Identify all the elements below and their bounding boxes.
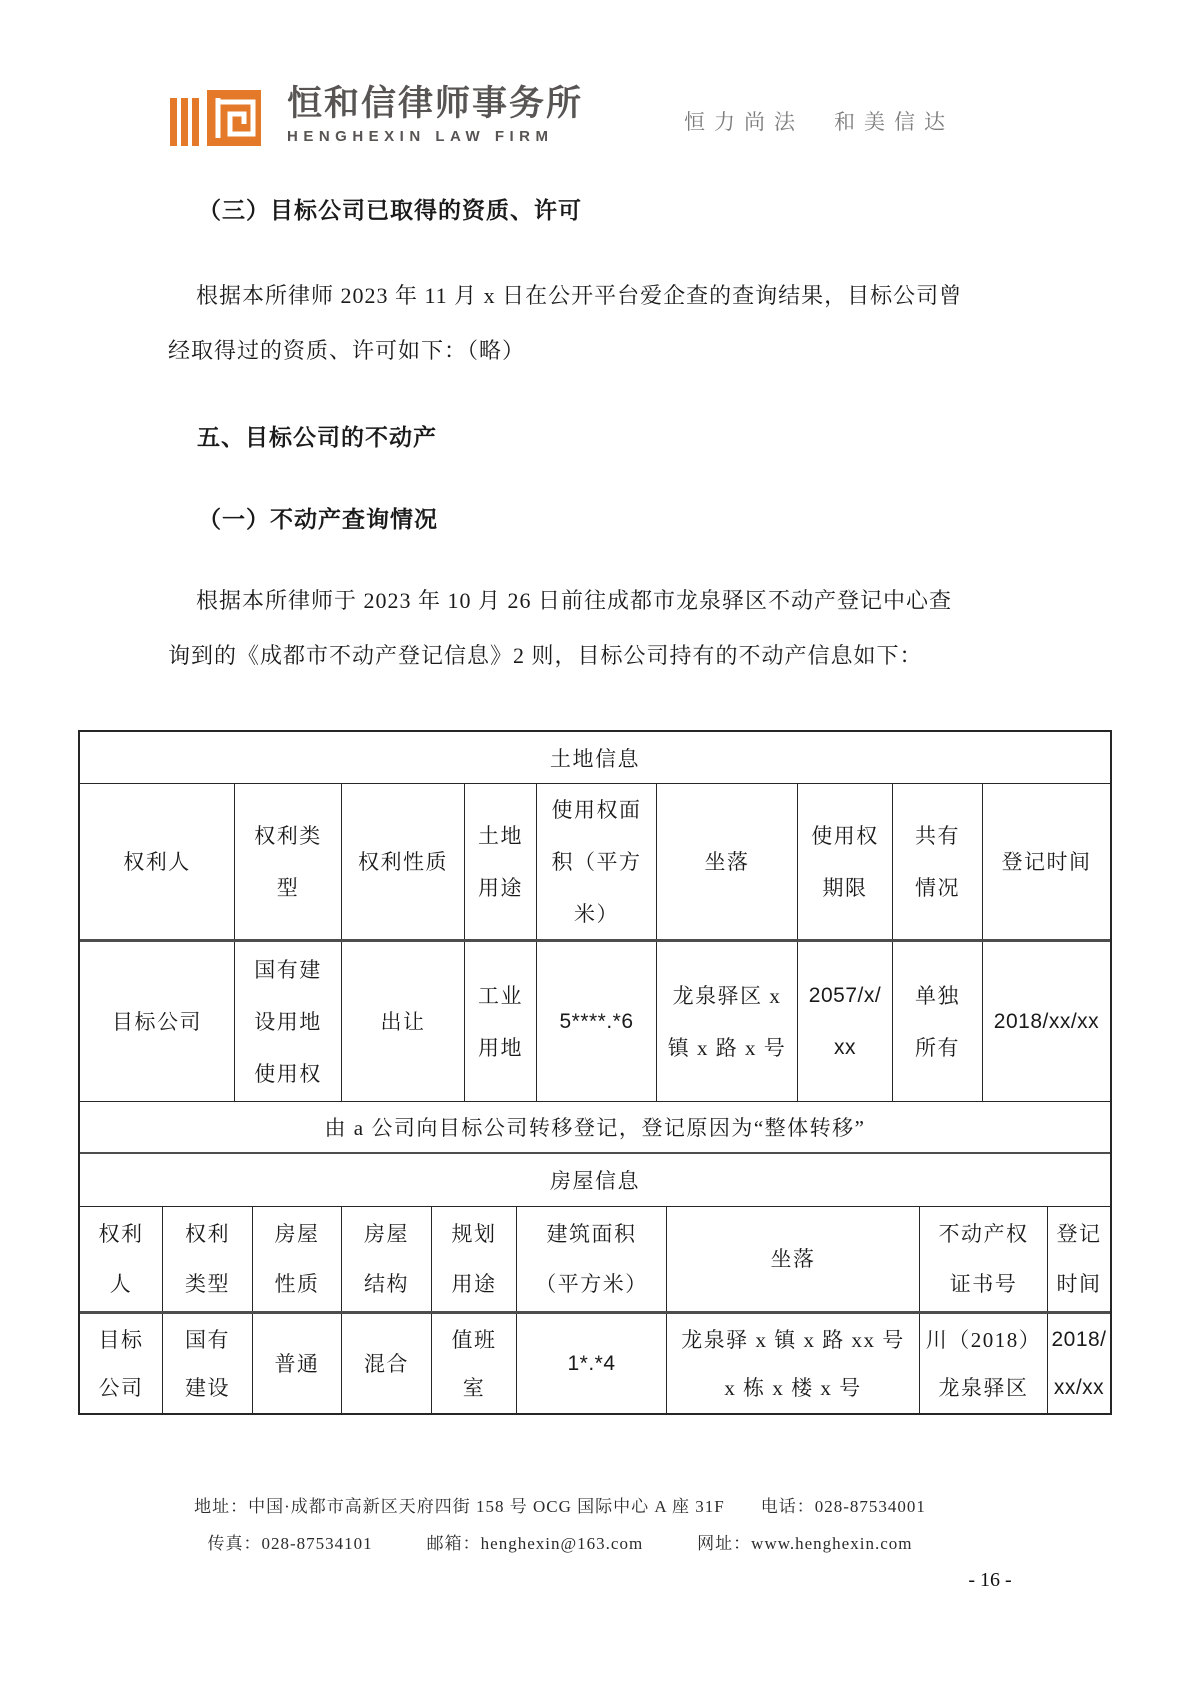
land-data-row: 目标公司 国有建 设用地 使用权 出让 工业 用地 5****.*6 龙泉驿区 … bbox=[80, 942, 1110, 1102]
house-info-title: 房屋信息 bbox=[80, 1154, 1110, 1206]
firm-name-en: HENGHEXIN LAW FIRM bbox=[287, 128, 583, 145]
house-structure: 混合 bbox=[342, 1314, 432, 1413]
land-header-area: 使用权面 积（平方 米） bbox=[537, 784, 657, 939]
land-header-registration-date: 登记时间 bbox=[983, 784, 1110, 939]
land-header-right-nature: 权利性质 bbox=[342, 784, 465, 939]
land-right-type: 国有建 设用地 使用权 bbox=[235, 942, 342, 1101]
heading-section-3: （三）目标公司已取得的资质、许可 bbox=[198, 192, 582, 225]
land-right-nature: 出让 bbox=[342, 942, 465, 1101]
land-rights-holder: 目标公司 bbox=[80, 942, 235, 1101]
house-header-floor-area: 建筑面积 （平方米） bbox=[517, 1207, 667, 1311]
heading-section-5: 五、目标公司的不动产 bbox=[197, 419, 437, 452]
footer-address-phone: 地址：中国·成都市高新区天府四街 158 号 OCG 国际中心 A 座 31F … bbox=[0, 1492, 1120, 1517]
land-header-right-type: 权利类 型 bbox=[235, 784, 342, 939]
house-header-registration-date: 登记 时间 bbox=[1048, 1207, 1110, 1311]
house-right-type: 国有 建设 bbox=[163, 1314, 253, 1413]
house-location: 龙泉驿 x 镇 x 路 xx 号 x 栋 x 楼 x 号 bbox=[667, 1314, 920, 1413]
firm-logo-icon bbox=[170, 84, 272, 148]
house-registration-date: 2018/ xx/xx bbox=[1048, 1314, 1110, 1413]
letterhead: 恒和信律师事务所 HENGHEXIN LAW FIRM bbox=[170, 84, 583, 148]
house-header-rights-holder: 权利 人 bbox=[80, 1207, 163, 1311]
land-registration-date: 2018/xx/xx bbox=[983, 942, 1110, 1101]
firm-slogan: 恒力尚法 和美信达 bbox=[684, 106, 954, 136]
house-header-certificate-no: 不动产权 证书号 bbox=[920, 1207, 1048, 1311]
house-info-title-row: 房屋信息 bbox=[80, 1154, 1110, 1207]
house-nature: 普通 bbox=[253, 1314, 342, 1413]
paragraph-2: 根据本所律师于 2023 年 10 月 26 日前往成都市龙泉驿区不动产登记中心… bbox=[168, 573, 1028, 683]
house-rights-holder: 目标 公司 bbox=[80, 1314, 163, 1413]
house-header-planned-use: 规划 用途 bbox=[432, 1207, 517, 1311]
land-info-title: 土地信息 bbox=[80, 732, 1110, 783]
house-floor-area: 1*.*4 bbox=[517, 1314, 667, 1413]
transfer-note-row: 由 a 公司向目标公司转移登记，登记原因为“整体转移” bbox=[80, 1102, 1110, 1154]
house-header-structure: 房屋 结构 bbox=[342, 1207, 432, 1311]
house-header-right-type: 权利 类型 bbox=[163, 1207, 253, 1311]
house-certificate-no: 川（2018） 龙泉驿区 bbox=[920, 1314, 1048, 1413]
house-planned-use: 值班 室 bbox=[432, 1314, 517, 1413]
land-header-term: 使用权 期限 bbox=[798, 784, 893, 939]
land-header-co-ownership: 共有 情况 bbox=[893, 784, 983, 939]
land-area: 5****.*6 bbox=[537, 942, 657, 1101]
firm-name-cn: 恒和信律师事务所 bbox=[287, 84, 583, 124]
document-page: 恒和信律师事务所 HENGHEXIN LAW FIRM 恒力尚法 和美信达 （三… bbox=[0, 0, 1190, 1683]
land-co-ownership: 单独 所有 bbox=[893, 942, 983, 1101]
land-info-title-row: 土地信息 bbox=[80, 732, 1110, 784]
house-header-row: 权利 人 权利 类型 房屋 性质 房屋 结构 规划 用途 建筑面积 （平方米） … bbox=[80, 1207, 1110, 1314]
house-header-location: 坐落 bbox=[667, 1207, 920, 1311]
page-number: - 16 - bbox=[930, 1569, 1050, 1592]
land-header-row: 权利人 权利类 型 权利性质 土地 用途 使用权面 积（平方 米） 坐落 使用权… bbox=[80, 784, 1110, 942]
land-location: 龙泉驿区 x 镇 x 路 x 号 bbox=[657, 942, 798, 1101]
heading-section-5-1: （一）不动产查询情况 bbox=[198, 501, 438, 534]
house-data-row: 目标 公司 国有 建设 普通 混合 值班 室 1*.*4 龙泉驿 x 镇 x 路… bbox=[80, 1314, 1110, 1413]
house-header-house-nature: 房屋 性质 bbox=[253, 1207, 342, 1311]
firm-name-block: 恒和信律师事务所 HENGHEXIN LAW FIRM bbox=[287, 84, 583, 145]
land-header-rights-holder: 权利人 bbox=[80, 784, 235, 939]
transfer-note: 由 a 公司向目标公司转移登记，登记原因为“整体转移” bbox=[80, 1102, 1110, 1152]
land-land-use: 工业 用地 bbox=[465, 942, 537, 1101]
footer-fax-email-web: 传真：028-87534101 邮箱：henghexin@163.com 网址：… bbox=[0, 1529, 1120, 1554]
paragraph-1: 根据本所律师 2023 年 11 月 x 日在公开平台爱企查的查询结果，目标公司… bbox=[168, 268, 1028, 378]
real-estate-table: 土地信息 权利人 权利类 型 权利性质 土地 用途 使用权面 积（平方 米） 坐… bbox=[78, 730, 1112, 1415]
land-header-land-use: 土地 用途 bbox=[465, 784, 537, 939]
land-term: 2057/x/ xx bbox=[798, 942, 893, 1101]
land-header-location: 坐落 bbox=[657, 784, 798, 939]
